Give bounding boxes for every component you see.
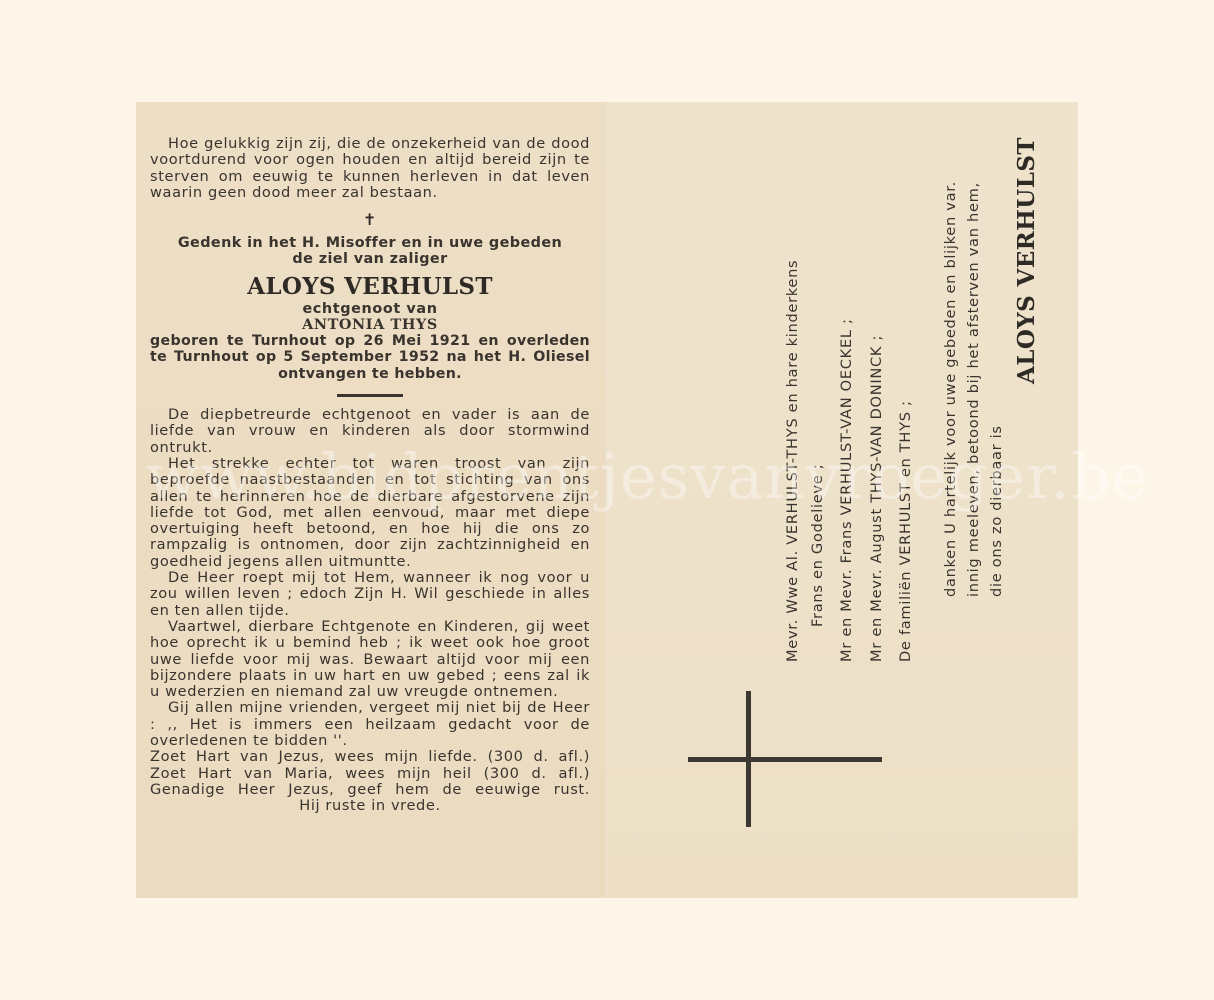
opening-verse: Hoe gelukkig zijn zij, die de onzekerhei… <box>150 136 590 201</box>
thanks-line: die ons zo dierbaar is <box>988 425 1005 597</box>
family-line: De familiën VERHULST en THYS ; <box>897 400 914 662</box>
spouse-name: ANTONIA THYS <box>150 317 590 333</box>
divider-line <box>337 394 403 397</box>
paragraph: De diepbetreurde echtgenoot en vader is … <box>150 407 590 456</box>
birth-death-line-3: ontvangen te hebben. <box>150 366 590 382</box>
cross-icon-bar <box>688 757 882 762</box>
thanks-line: danken U hartelijk voor uwe gebeden en b… <box>942 181 959 597</box>
left-panel: Hoe gelukkig zijn zij, die de onzekerhei… <box>136 102 605 898</box>
birth-death-line-2: te Turnhout op 5 September 1952 na het H… <box>150 349 590 365</box>
family-line: Frans en Godelieve ; <box>809 464 826 627</box>
family-line: Mevr. Wwe Al. VERHULST-THYS en hare kind… <box>784 260 801 662</box>
prayer: Zoet Hart van Maria, wees mijn heil (300… <box>150 766 590 782</box>
spouse-label: echtgenoot van <box>150 301 590 317</box>
paragraph: Het strekke echter tot waren troost van … <box>150 456 590 570</box>
prayer: Genadige Heer Jezus, geef hem de eeuwige… <box>150 782 590 798</box>
memorial-card: Hoe gelukkig zijn zij, die de onzekerhei… <box>136 102 1078 898</box>
paragraph: Vaartwel, dierbare Echtgenote en Kindere… <box>150 619 590 700</box>
gedenk-line-2: de ziel van zaliger <box>150 251 590 267</box>
deceased-name-vertical: ALOYS VERHULST <box>1013 137 1040 384</box>
paragraph: Gij allen mijne vrienden, vergeet mij ni… <box>150 700 590 749</box>
prayer: Zoet Hart van Jezus, wees mijn liefde. (… <box>150 749 590 765</box>
closing-line: Hij ruste in vrede. <box>150 798 590 814</box>
family-line: Mr en Mevr. August THYS-VAN DONINCK ; <box>868 335 885 662</box>
body-text: De diepbetreurde echtgenoot en vader is … <box>150 407 590 814</box>
deceased-name: ALOYS VERHULST <box>150 273 590 301</box>
small-cross-icon: ✝ <box>150 211 590 229</box>
birth-death-line-1: geboren te Turnhout op 26 Mei 1921 en ov… <box>150 333 590 349</box>
paragraph: De Heer roept mij tot Hem, wanneer ik no… <box>150 570 590 619</box>
gedenk-line-1: Gedenk in het H. Misoffer en in uwe gebe… <box>150 235 590 251</box>
family-line: Mr en Mevr. Frans VERHULST-VAN OECKEL ; <box>838 318 855 662</box>
thanks-line: innig meeleven, betoond bij het afsterve… <box>965 182 982 597</box>
